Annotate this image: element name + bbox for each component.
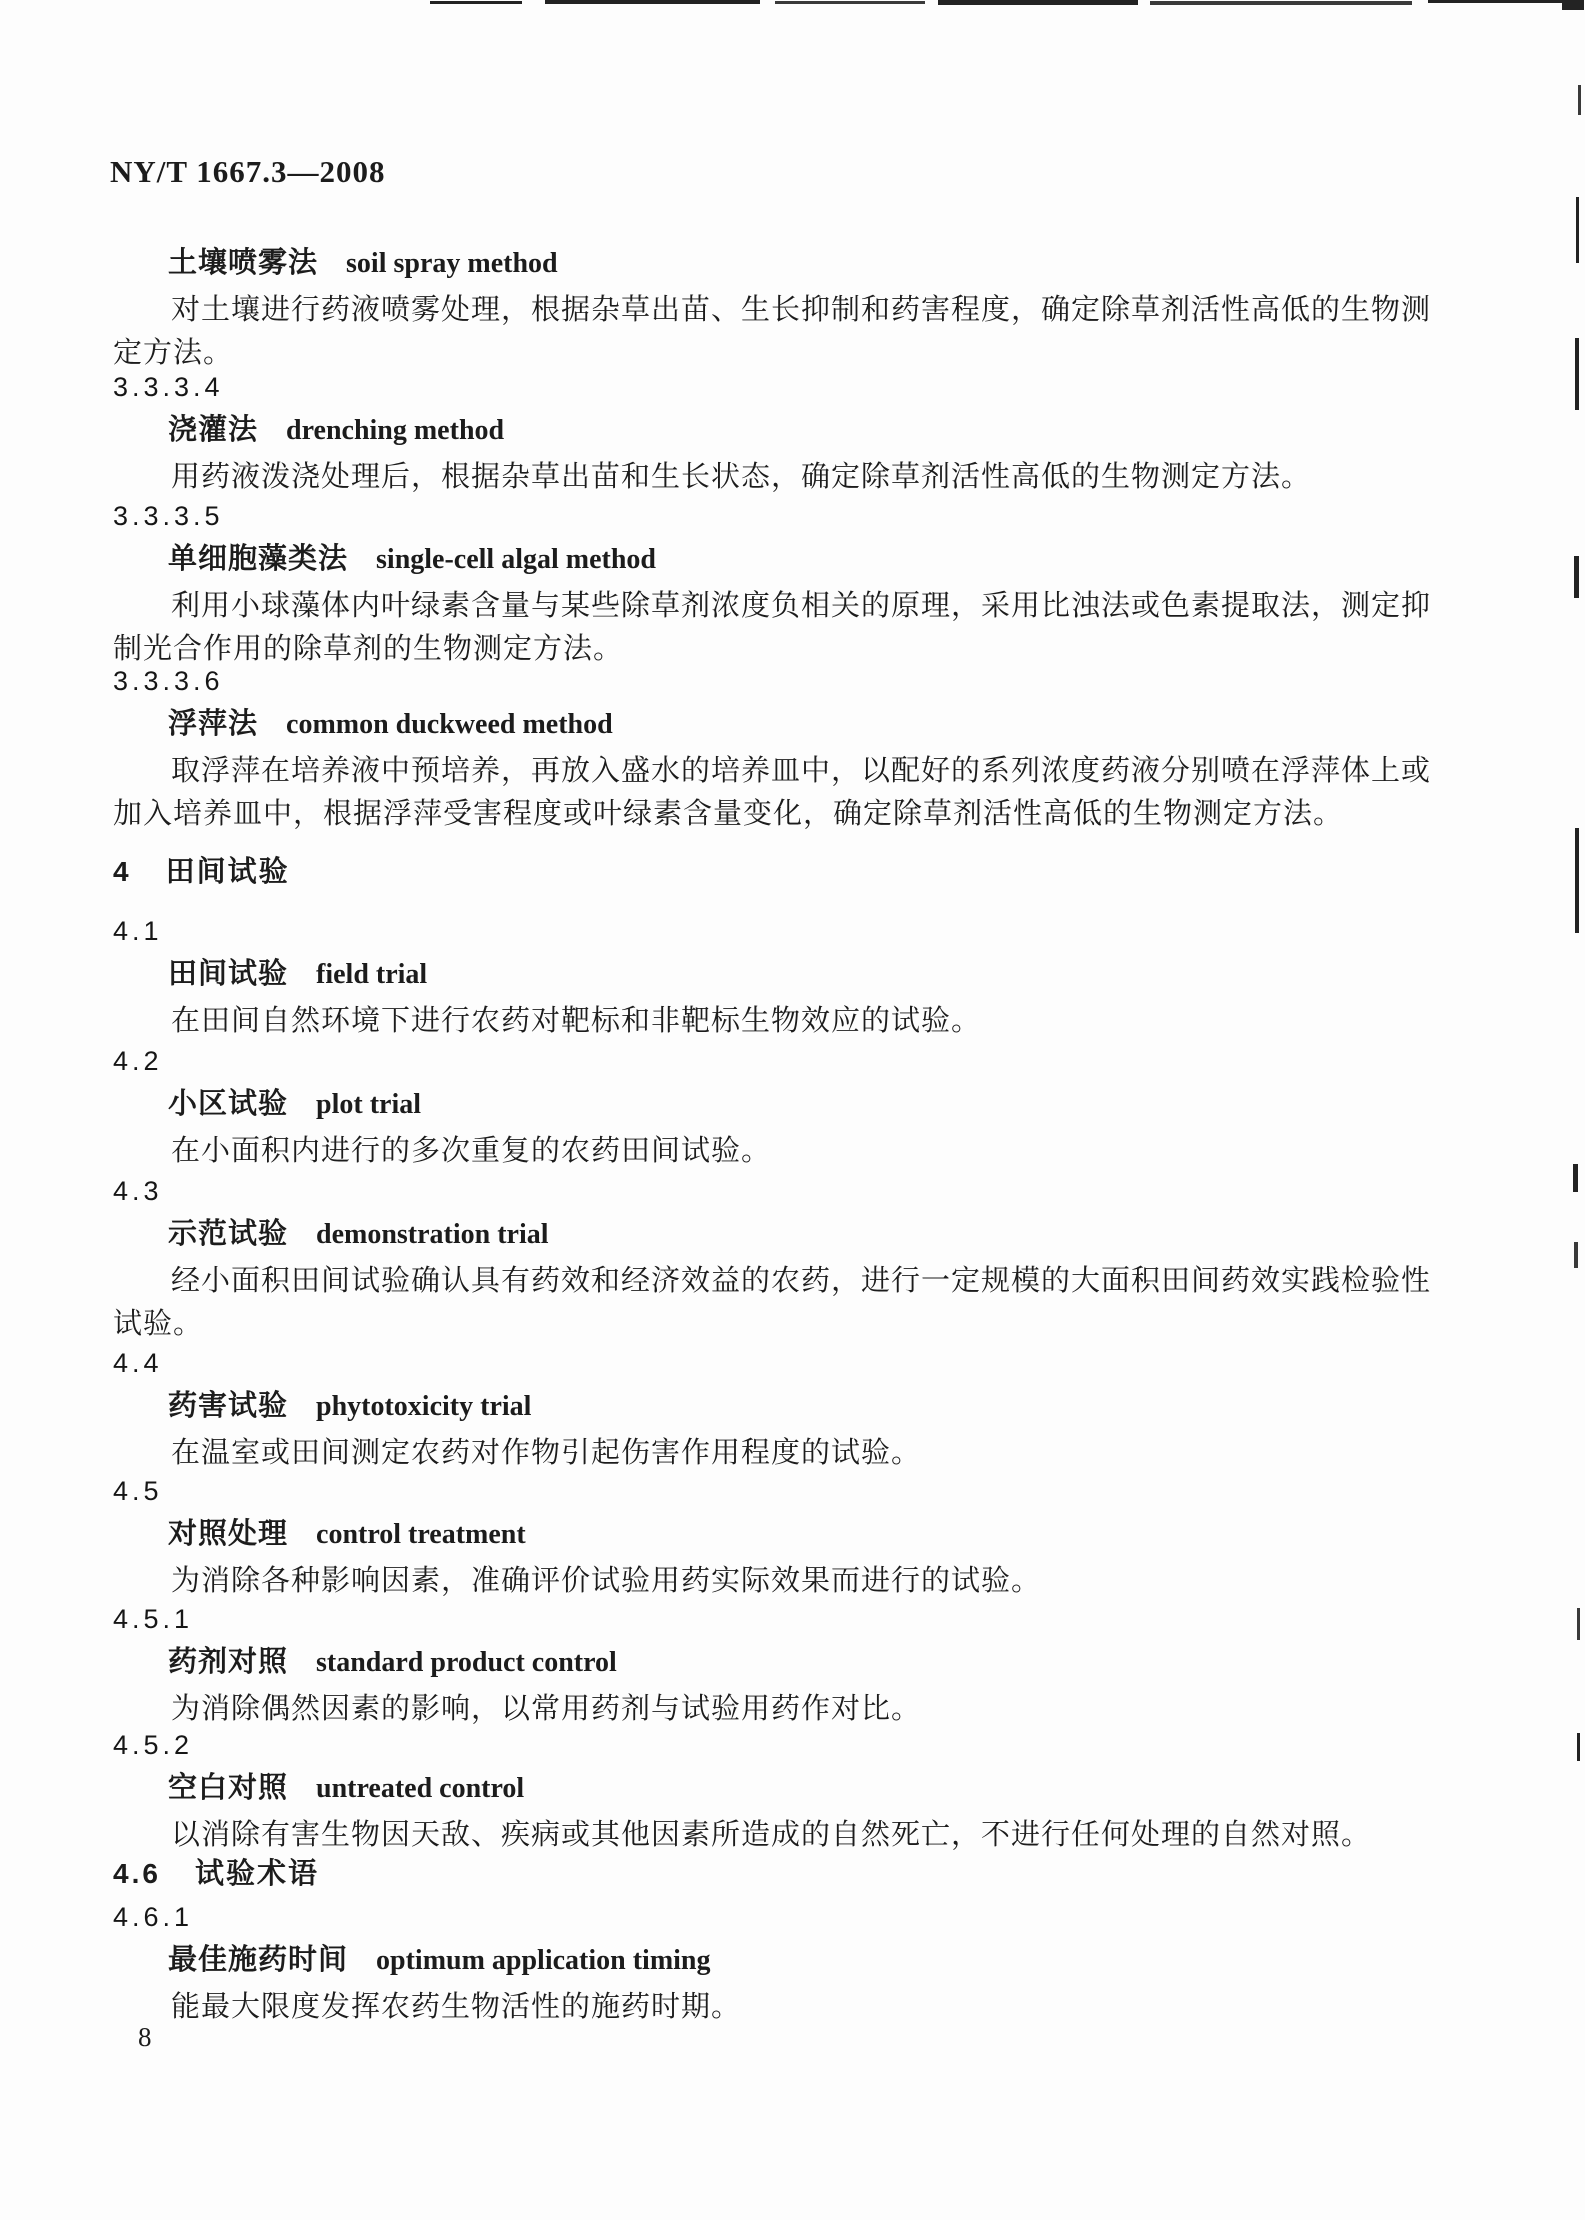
scan-artifact: [1575, 828, 1579, 933]
clause-number: 4.1: [113, 910, 1453, 953]
term-name-en: single-cell algal method: [376, 544, 656, 575]
page-number: 8: [138, 2020, 152, 2054]
term-heading: 小区试验plot trial: [113, 1083, 1453, 1130]
clause-4-1: 4.1 田间试验field trial 在田间自然环境下进行农药对靶标和非靶标生…: [113, 910, 1453, 1043]
term-name-zh: 示范试验: [168, 1218, 288, 1250]
clause-number: 3.3.3.4: [113, 366, 1453, 409]
clause-3-3-3-5: 3.3.3.5 单细胞藻类法single-cell algal method 利…: [113, 495, 1453, 671]
term-heading: 示范试验demonstration trial: [113, 1213, 1453, 1260]
term-name-zh: 浇灌法: [168, 414, 258, 446]
term-name-en: control treatment: [316, 1519, 526, 1550]
term-heading: 浇灌法drenching method: [113, 409, 1453, 456]
clause-number: 4.2: [113, 1040, 1453, 1083]
clause-4-5: 4.5 对照处理control treatment 为消除各种影响因素，准确评价…: [113, 1470, 1453, 1603]
clause-number: 4.5.2: [113, 1724, 1453, 1767]
term-name-zh: 对照处理: [168, 1518, 288, 1550]
scan-artifact: [1573, 1164, 1578, 1192]
clause-4-2: 4.2 小区试验plot trial 在小面积内进行的多次重复的农药田间试验。: [113, 1040, 1453, 1173]
term-heading: 药害试验phytotoxicity trial: [113, 1385, 1453, 1432]
term-heading: 空白对照untreated control: [113, 1767, 1453, 1814]
clause-3-3-3-6: 3.3.3.6 浮萍法common duckweed method 取浮萍在培养…: [113, 660, 1453, 836]
term-name-zh: 单细胞藻类法: [168, 543, 348, 575]
term-definition: 在温室或田间测定农药对作物引起伤害作用程度的试验。: [113, 1432, 1453, 1475]
term-definition: 在小面积内进行的多次重复的农药田间试验。: [113, 1130, 1453, 1173]
clause-4-5-2: 4.5.2 空白对照untreated control 以消除有害生物因天敌、疾…: [113, 1724, 1453, 1857]
scan-artifact: [1577, 1733, 1580, 1761]
term-name-zh: 药害试验: [168, 1390, 288, 1422]
section-4-6-heading: 4.6试验术语: [113, 1852, 1453, 1900]
term-definition: 为消除各种影响因素，准确评价试验用药实际效果而进行的试验。: [113, 1560, 1453, 1603]
term-name-en: plot trial: [316, 1089, 421, 1120]
scan-artifact: [938, 0, 1138, 5]
term-name-en: untreated control: [316, 1773, 524, 1804]
clause-4-4: 4.4 药害试验phytotoxicity trial 在温室或田间测定农药对作…: [113, 1342, 1453, 1475]
scan-artifact: [1574, 556, 1579, 598]
term-heading: 最佳施药时间optimum application timing: [113, 1939, 1453, 1986]
term-heading: 药剂对照standard product control: [113, 1641, 1453, 1688]
clause-number: 4.5: [113, 1470, 1453, 1513]
clause-4-5-1: 4.5.1 药剂对照standard product control 为消除偶然…: [113, 1598, 1453, 1731]
clause-number: 3.3.3.6: [113, 660, 1453, 703]
scan-artifact: [545, 0, 760, 4]
scan-artifact: [1562, 0, 1584, 10]
clause-3-3-3-4: 3.3.3.4 浇灌法drenching method 用药液泼浇处理后，根据杂…: [113, 366, 1453, 499]
term-name-en: standard product control: [316, 1647, 617, 1678]
scan-artifact: [1150, 1, 1412, 5]
section-title: 田间试验: [166, 856, 290, 888]
clause-4-3: 4.3 示范试验demonstration trial 经小面积田间试验确认具有…: [113, 1170, 1453, 1346]
standard-code-header: NY/T 1667.3—2008: [110, 152, 386, 192]
term-definition: 用药液泼浇处理后，根据杂草出苗和生长状态，确定除草剂活性高低的生物测定方法。: [113, 456, 1453, 499]
scan-artifact: [1574, 1242, 1578, 1268]
scan-artifact: [775, 1, 925, 4]
term-name-zh: 小区试验: [168, 1088, 288, 1120]
term-heading: 田间试验field trial: [113, 953, 1453, 1000]
term-heading: 浮萍法common duckweed method: [113, 703, 1453, 750]
term-definition: 对土壤进行药液喷雾处理，根据杂草出苗、生长抑制和药害程度，确定除草剂活性高低的生…: [113, 289, 1453, 375]
term-name-en: phytotoxicity trial: [316, 1391, 531, 1422]
scan-artifact: [1578, 85, 1581, 115]
clause-number: 4.6.1: [113, 1896, 1453, 1939]
clause-number: 4.4: [113, 1342, 1453, 1385]
clause-number: 4.3: [113, 1170, 1453, 1213]
document-page: NY/T 1667.3—2008 土壤喷雾法soil spray method …: [0, 0, 1585, 2220]
term-definition: 以消除有害生物因天敌、疾病或其他因素所造成的自然死亡，不进行任何处理的自然对照。: [113, 1814, 1453, 1857]
term-definition: 能最大限度发挥农药生物活性的施药时期。: [113, 1986, 1453, 2029]
section-number: 4.6: [113, 1858, 161, 1889]
term-definition: 利用小球藻体内叶绿素含量与某些除草剂浓度负相关的原理，采用比浊法或色素提取法，测…: [113, 585, 1453, 671]
term-definition: 经小面积田间试验确认具有药效和经济效益的农药，进行一定规模的大面积田间药效实践检…: [113, 1260, 1453, 1346]
term-heading: 单细胞藻类法single-cell algal method: [113, 538, 1453, 585]
term-soil-spray-method: 土壤喷雾法soil spray method 对土壤进行药液喷雾处理，根据杂草出…: [113, 242, 1453, 375]
term-name-en: common duckweed method: [286, 709, 613, 740]
term-definition: 在田间自然环境下进行农药对靶标和非靶标生物效应的试验。: [113, 1000, 1453, 1043]
scan-artifact: [1576, 197, 1579, 263]
clause-4-6-1: 4.6.1 最佳施药时间optimum application timing 能…: [113, 1896, 1453, 2029]
section-4-heading: 4田间试验: [113, 850, 1453, 898]
term-heading: 对照处理control treatment: [113, 1513, 1453, 1560]
term-name-zh: 土壤喷雾法: [168, 247, 318, 279]
term-name-zh: 浮萍法: [168, 708, 258, 740]
scan-artifact: [1428, 0, 1578, 3]
scan-artifact: [1575, 338, 1579, 410]
scan-artifact: [430, 1, 522, 4]
section-number: 4: [113, 856, 132, 887]
clause-number: 3.3.3.5: [113, 495, 1453, 538]
term-name-zh: 空白对照: [168, 1772, 288, 1804]
term-name-en: optimum application timing: [376, 1945, 710, 1976]
term-name-zh: 药剂对照: [168, 1646, 288, 1678]
term-heading: 土壤喷雾法soil spray method: [113, 242, 1453, 289]
term-definition: 取浮萍在培养液中预培养，再放入盛水的培养皿中，以配好的系列浓度药液分别喷在浮萍体…: [113, 750, 1453, 836]
term-name-zh: 田间试验: [168, 958, 288, 990]
section-title: 试验术语: [195, 1858, 319, 1890]
scan-artifact: [1577, 1608, 1580, 1640]
term-name-en: drenching method: [286, 415, 504, 446]
term-name-en: field trial: [316, 959, 427, 990]
term-name-en: soil spray method: [346, 248, 558, 279]
term-name-zh: 最佳施药时间: [168, 1944, 348, 1976]
term-name-en: demonstration trial: [316, 1219, 549, 1250]
clause-number: 4.5.1: [113, 1598, 1453, 1641]
